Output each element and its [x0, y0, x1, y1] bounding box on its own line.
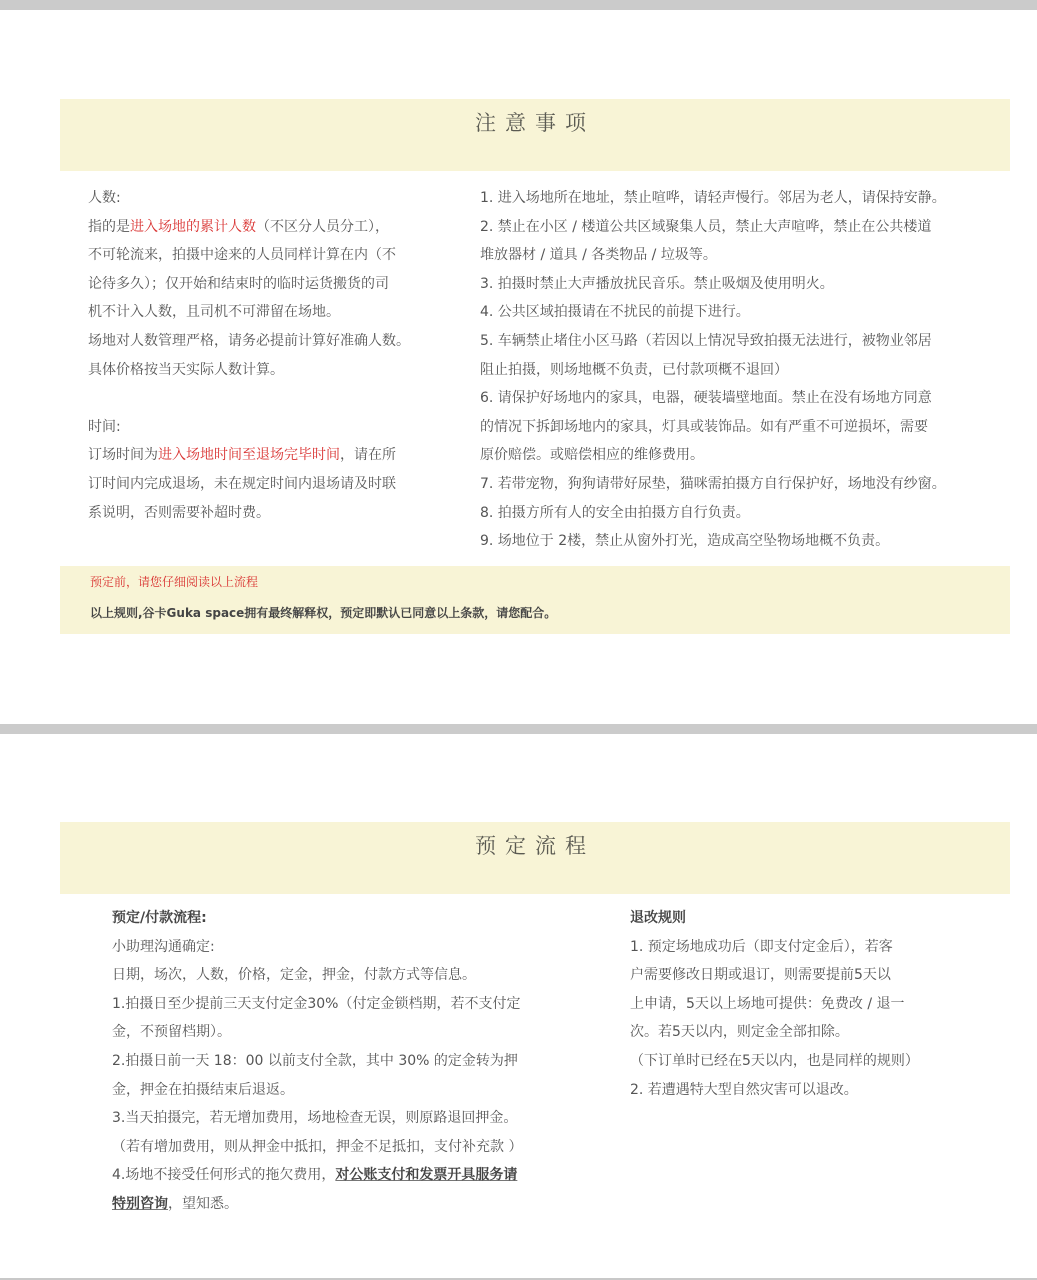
- refund-line: 上申请，5天以上场地可提供：免费改 / 退一: [630, 990, 990, 1019]
- rule-line: 3. 拍摄时禁止大声播放扰民音乐。禁止吸烟及使用明火。: [480, 270, 1010, 299]
- notes-title: 注意事项: [60, 107, 1010, 137]
- payment-item-4-prefix: 4.场地不接受任何形式的拖欠费用，: [112, 1167, 335, 1183]
- people-heading: 人数:: [88, 184, 458, 213]
- booking-title: 预定流程: [60, 830, 1010, 860]
- people-line-6: 具体价格按当天实际人数计算。: [88, 356, 458, 385]
- time-line-1: 订场时间为进入场地时间至退场完毕时间，请在所: [88, 441, 458, 470]
- top-divider-band: [0, 0, 1037, 10]
- people-line-5: 场地对人数管理严格，请务必提前计算好准确人数。: [88, 327, 458, 356]
- people-line-4: 机不计入人数，且司机不可滞留在场地。: [88, 298, 458, 327]
- payment-item-4: 4.场地不接受任何形式的拖欠费用，对公账支付和发票开具服务请: [112, 1161, 592, 1190]
- notice-warning: 预定前，请您仔细阅读以上流程: [90, 572, 1010, 592]
- rule-line: 6. 请保护好场地内的家具，电器，硬装墙壁地面。禁止在没有场地方同意: [480, 384, 1010, 413]
- payment-line: 3.当天拍摄完，若无增加费用，场地检查无误，则原路退回押金。: [112, 1104, 592, 1133]
- time-line-1-suffix: ，请在所: [340, 447, 396, 463]
- payment-item-4-cont: 特别咨询，望知悉。: [112, 1190, 592, 1219]
- notice-box: 预定前，请您仔细阅读以上流程 以上规则,谷卡Guka space拥有最终解释权，…: [60, 566, 1010, 634]
- time-line-3: 系说明，否则需要补超时费。: [88, 499, 458, 528]
- payment-line: （若有增加费用，则从押金中抵扣，押金不足抵扣，支付补充款 ）: [112, 1133, 592, 1162]
- rule-line: 5. 车辆禁止堵住小区马路（若因以上情况导致拍摄无法进行，被物业邻居: [480, 327, 1010, 356]
- payment-line: 2.拍摄日前一天 18：00 以前支付全款，其中 30% 的定金转为押: [112, 1047, 592, 1076]
- rule-line: 原价赔偿。或赔偿相应的维修费用。: [480, 441, 1010, 470]
- booking-header: 预定流程: [60, 822, 1010, 894]
- refund-line: （下订单时已经在5天以内，也是同样的规则）: [630, 1047, 990, 1076]
- people-line-3: 论待多久）；仅开始和结束时的临时运货搬货的司: [88, 270, 458, 299]
- refund-line: 户需要修改日期或退订，则需要提前5天以: [630, 961, 990, 990]
- refund-line: 2. 若遭遇特大型自然灾害可以退改。: [630, 1076, 990, 1105]
- invoice-consult-note-cont: 特别咨询: [112, 1196, 168, 1212]
- notice-statement: 以上规则,谷卡Guka space拥有最终解释权，预定即默认已同意以上条款，请您…: [90, 603, 1010, 623]
- section-divider-band: [0, 724, 1037, 734]
- refund-line: 次。若5天以内，则定金全部扣除。: [630, 1018, 990, 1047]
- rule-line: 7. 若带宠物，狗狗请带好尿垫，猫咪需拍摄方自行保护好，场地没有纱窗。: [480, 470, 1010, 499]
- payment-line: 小助理沟通确定:: [112, 933, 592, 962]
- rule-line: 8. 拍摄方所有人的安全由拍摄方自行负责。: [480, 499, 1010, 528]
- rule-line: 的情况下拆卸场地内的家具，灯具或装饰品。如有严重不可逆损坏，需要: [480, 413, 1010, 442]
- people-line-1-prefix: 指的是: [88, 219, 130, 235]
- payment-line: 金，不预留档期）。: [112, 1018, 592, 1047]
- people-line-2: 不可轮流来，拍摄中途来的人员同样计算在内（不: [88, 241, 458, 270]
- payment-heading: 预定/付款流程:: [112, 904, 592, 933]
- payment-line: 金，押金在拍摄结束后退返。: [112, 1076, 592, 1105]
- invoice-consult-note: 对公账支付和发票开具服务请: [335, 1167, 517, 1183]
- time-heading: 时间:: [88, 413, 458, 442]
- time-line-1-prefix: 订场时间为: [88, 447, 158, 463]
- payment-item-4-suffix: ，望知悉。: [168, 1196, 238, 1212]
- people-highlight: 进入场地的累计人数: [130, 219, 256, 235]
- rule-line: 1. 进入场地所在地址，禁止喧哗，请轻声慢行。邻居为老人，请保持安静。: [480, 184, 1010, 213]
- rule-line: 阻止拍摄，则场地概不负责，已付款项概不退回）: [480, 356, 1010, 385]
- people-line-1: 指的是进入场地的累计人数（不区分人员分工），: [88, 213, 458, 242]
- notes-header: 注意事项: [60, 99, 1010, 171]
- people-line-1-suffix: （不区分人员分工），: [256, 219, 389, 235]
- spacer: [88, 384, 458, 413]
- refund-line: 1. 预定场地成功后（即支付定金后），若客: [630, 933, 990, 962]
- rules-list: 1. 进入场地所在地址，禁止喧哗，请轻声慢行。邻居为老人，请保持安静。 2. 禁…: [480, 184, 1010, 556]
- rule-line: 4. 公共区域拍摄请在不扰民的前提下进行。: [480, 298, 1010, 327]
- rule-line: 9. 场地位于 2楼，禁止从窗外打光，造成高空坠物场地概不负责。: [480, 527, 1010, 556]
- payment-line: 日期，场次，人数，价格，定金，押金，付款方式等信息。: [112, 961, 592, 990]
- rule-line: 堆放器材 / 道具 / 各类物品 / 垃圾等。: [480, 241, 1010, 270]
- time-line-2: 订时间内完成退场，未在规定时间内退场请及时联: [88, 470, 458, 499]
- refund-heading: 退改规则: [630, 904, 990, 933]
- payment-process-column: 预定/付款流程: 小助理沟通确定: 日期，场次，人数，价格，定金，押金，付款方式…: [112, 904, 592, 1219]
- time-highlight: 进入场地时间至退场完毕时间: [158, 447, 340, 463]
- refund-rules-column: 退改规则 1. 预定场地成功后（即支付定金后），若客 户需要修改日期或退订，则需…: [630, 904, 990, 1104]
- people-time-column: 人数: 指的是进入场地的累计人数（不区分人员分工）， 不可轮流来，拍摄中途来的人…: [88, 184, 458, 527]
- rule-line: 2. 禁止在小区 / 楼道公共区域聚集人员，禁止大声喧哗，禁止在公共楼道: [480, 213, 1010, 242]
- payment-line: 1.拍摄日至少提前三天支付定金30%（付定金锁档期，若不支付定: [112, 990, 592, 1019]
